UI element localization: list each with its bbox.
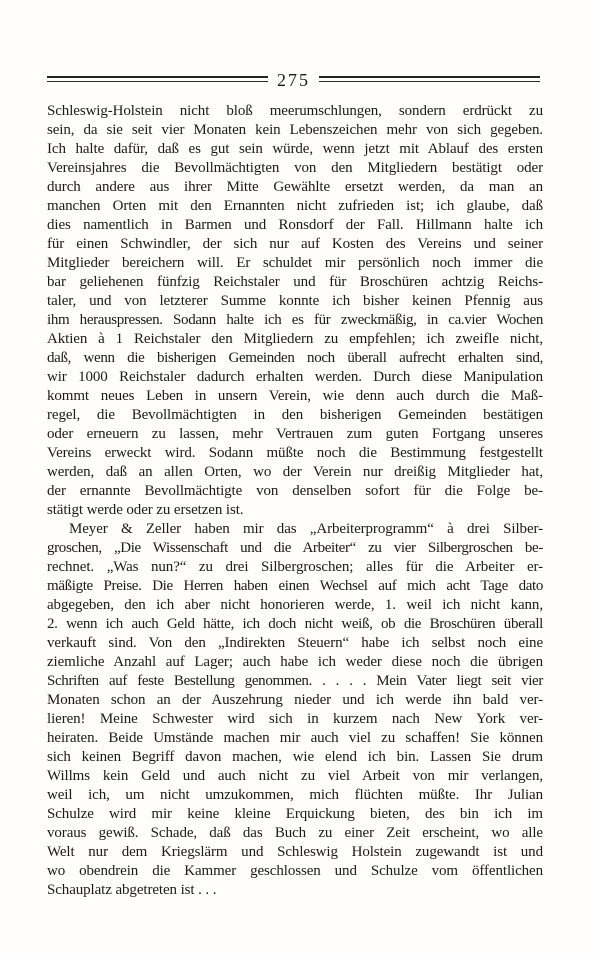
text-line: Mitglieder bereichern will. Er schuldet … xyxy=(47,254,543,273)
paragraph-2: Meyer & Zeller haben mir das „Arbeiterpr… xyxy=(47,520,543,900)
text-line: voraus gewiß. Schade, daß das Buch zu ei… xyxy=(47,824,543,843)
text-line: stätigt werde oder zu ersetzen ist. xyxy=(47,501,543,520)
text-line: manchen Orten mit den Ernannten nicht zu… xyxy=(47,197,543,216)
text-line: Willms kein Geld und auch nicht zu viel … xyxy=(47,767,543,786)
text-line: abgegeben, den ich aber nicht honorieren… xyxy=(47,596,543,615)
text-line: verkauft sind. Von den „Indirekten Steue… xyxy=(47,634,543,653)
text-line: weil ich, um nicht umzukommen, mich flüc… xyxy=(47,786,543,805)
text-line: sein, da sie seit vier Monaten kein Lebe… xyxy=(47,121,543,140)
text-line: Vereins erweckt wird. Sodann müßte noch … xyxy=(47,444,543,463)
text-line: Aktien à 1 Reichstaler den Mitgliedern z… xyxy=(47,330,543,349)
text-line: kommt neues Leben in unsern Verein, wie … xyxy=(47,387,543,406)
text-line: sich keinen Begriff davon machen, wie el… xyxy=(47,748,543,767)
text-line: der ernannte Bevollmächtigte von denselb… xyxy=(47,482,543,501)
paragraph-1: Schleswig-Holstein nicht bloß meerumschl… xyxy=(47,102,543,520)
text-line: Ich halte dafür, daß es gut sein würde, … xyxy=(47,140,543,159)
text-line: Schulze wird mir keine kleine Erquickung… xyxy=(47,805,543,824)
text-line: dies namentlich in Barmen und Ronsdorf d… xyxy=(47,216,543,235)
text-line: Schauplatz abgetreten ist . . . xyxy=(47,881,543,900)
header-rule-right xyxy=(319,76,540,82)
text-line: Meyer & Zeller haben mir das „Arbeiterpr… xyxy=(47,520,543,539)
text-line: groschen, „Die Wissenschaft und die Arbe… xyxy=(47,539,543,558)
text-line: bar geliehenen fünfzig Reichstaler und f… xyxy=(47,273,543,292)
text-line: Monaten schon an der Auszehrung nieder u… xyxy=(47,691,543,710)
text-line: wir 1000 Reichstaler dadurch erhalten we… xyxy=(47,368,543,387)
text-line: lieren! Meine Schwester wird sich in kur… xyxy=(47,710,543,729)
text-line: mäßigte Preise. Die Herren haben einen W… xyxy=(47,577,543,596)
text-line: Schleswig-Holstein nicht bloß meerumschl… xyxy=(47,102,543,121)
text-line: werden, daß an allen Orten, wo der Verei… xyxy=(47,463,543,482)
page-number: 275 xyxy=(277,71,310,89)
text-line: durch andere aus ihrer Mitte Gewählte er… xyxy=(47,178,543,197)
text-line: taler, und von letzterer Summe konnte ic… xyxy=(47,292,543,311)
text-line: oder erneuern zu lassen, mehr Vertrauen … xyxy=(47,425,543,444)
book-page: 275 Schleswig-Holstein nicht bloß meerum… xyxy=(0,0,600,957)
text-line: ziemliche Anzahl auf Lager; auch habe ic… xyxy=(47,653,543,672)
text-line: 2. wenn ich auch Geld hätte, ich doch ni… xyxy=(47,615,543,634)
text-line: daß, wenn die bisherigen Gemeinden noch … xyxy=(47,349,543,368)
page-body: Schleswig-Holstein nicht bloß meerumschl… xyxy=(47,102,543,900)
text-line: regel, die Bevollmächtigten in den bishe… xyxy=(47,406,543,425)
text-line: Vereinsjahres die Bevollmächtigten von d… xyxy=(47,159,543,178)
page-header: 275 xyxy=(47,70,540,88)
text-line: für einen Schwindler, der sich nur auf K… xyxy=(47,235,543,254)
text-line: Schriften auf feste Bestellung genommen.… xyxy=(47,672,543,691)
text-line: heiraten. Beide Umstände machen mir auch… xyxy=(47,729,543,748)
text-line: Welt nur dem Kriegslärm und Schleswig Ho… xyxy=(47,843,543,862)
text-line: wo obendrein die Kammer geschlossen und … xyxy=(47,862,543,881)
text-line: ihm herauspressen. Sodann halte ich es f… xyxy=(47,311,543,330)
header-rule-left xyxy=(47,76,268,82)
text-line: rechnet. „Was nun?“ zu drei Silbergrosch… xyxy=(47,558,543,577)
